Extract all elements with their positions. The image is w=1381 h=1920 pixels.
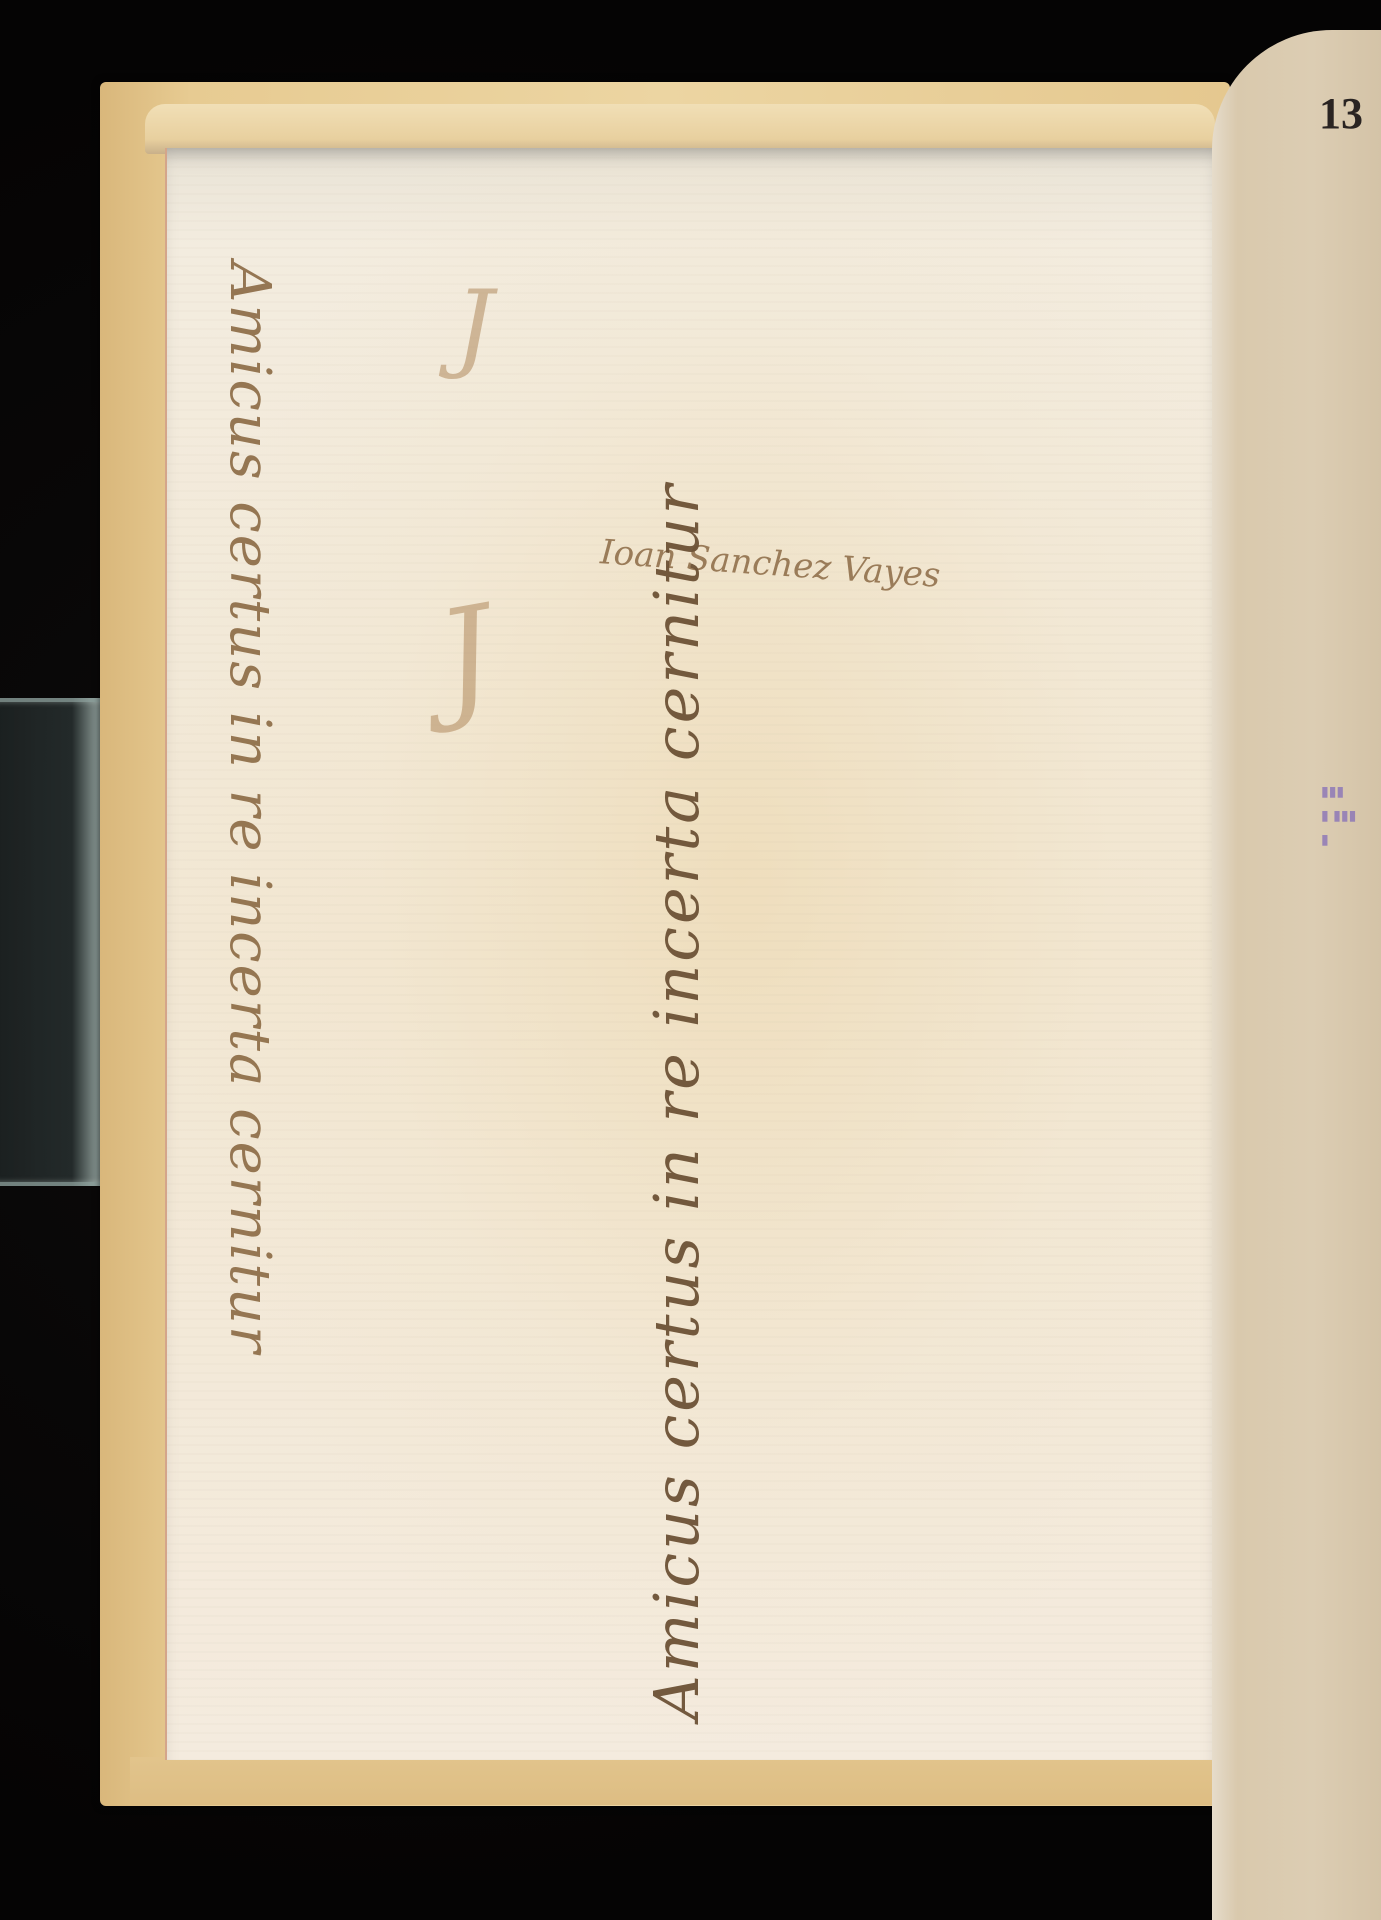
shelfmark: 13 — [1319, 88, 1363, 139]
book-photograph: J J Ioan Sanchez Vayes Amicus certus in … — [0, 0, 1381, 1920]
pen-trial-letter: J — [455, 270, 493, 382]
stamp-line: ▮ ▮▮▮ — [1321, 804, 1381, 828]
library-stamp: ▮▮▮ ▮ ▮▮▮ ▮ — [1321, 780, 1381, 852]
stamp-line: ▮ — [1321, 828, 1381, 852]
stamp-line: ▮▮▮ — [1321, 780, 1381, 804]
inscription-left-vertical: Amicus certus in re incerta cernitur — [217, 262, 282, 1355]
inscription-center-vertical: Amicus certus in re incerta cernitur — [640, 482, 713, 1720]
vellum-turn-in-top — [145, 104, 1215, 154]
facing-flyleaf: 13 ▮▮▮ ▮ ▮▮▮ ▮ — [1212, 30, 1381, 1920]
vellum-turn-in-bottom — [130, 1757, 1220, 1805]
